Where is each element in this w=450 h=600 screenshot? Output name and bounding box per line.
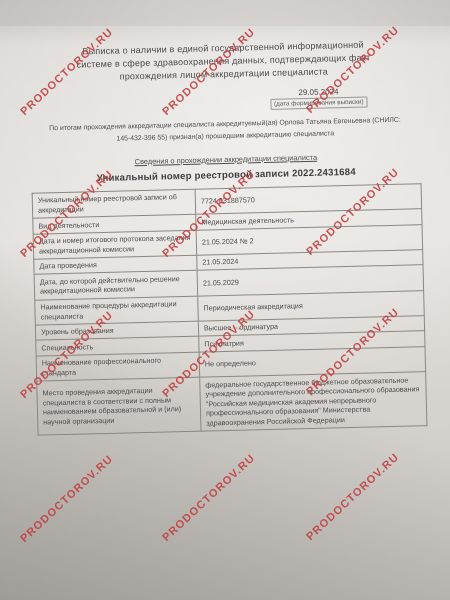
date-caption: (дата формирования выписки) — [270, 97, 368, 110]
watermark: PRODOCTOROV.RU — [301, 448, 406, 547]
document-title: Выписка о наличии в единой государственн… — [67, 38, 380, 85]
document-photo: Выписка о наличии в единой государственн… — [0, 0, 450, 600]
record-number-heading: Уникальный номер реестровой записи 2022.… — [25, 165, 427, 186]
accreditation-extract-document: Выписка о наличии в единой государственн… — [22, 37, 433, 436]
watermark: PRODOCTOROV.RU — [157, 449, 262, 548]
table-row: Место проведения аккредитации специалист… — [37, 372, 427, 435]
accreditation-table: Уникальный номер реестровой записи об ак… — [32, 183, 428, 435]
watermark: PRODOCTOROV.RU — [15, 450, 120, 549]
date-block: 29.05.2024 (дата формирования выписки) — [270, 87, 368, 110]
row-label: Место проведения аккредитации специалист… — [37, 377, 201, 435]
intro-paragraph: По итогам прохождения аккредитации специ… — [47, 115, 403, 146]
row-value: федеральное государственное бюджетное об… — [200, 372, 427, 431]
